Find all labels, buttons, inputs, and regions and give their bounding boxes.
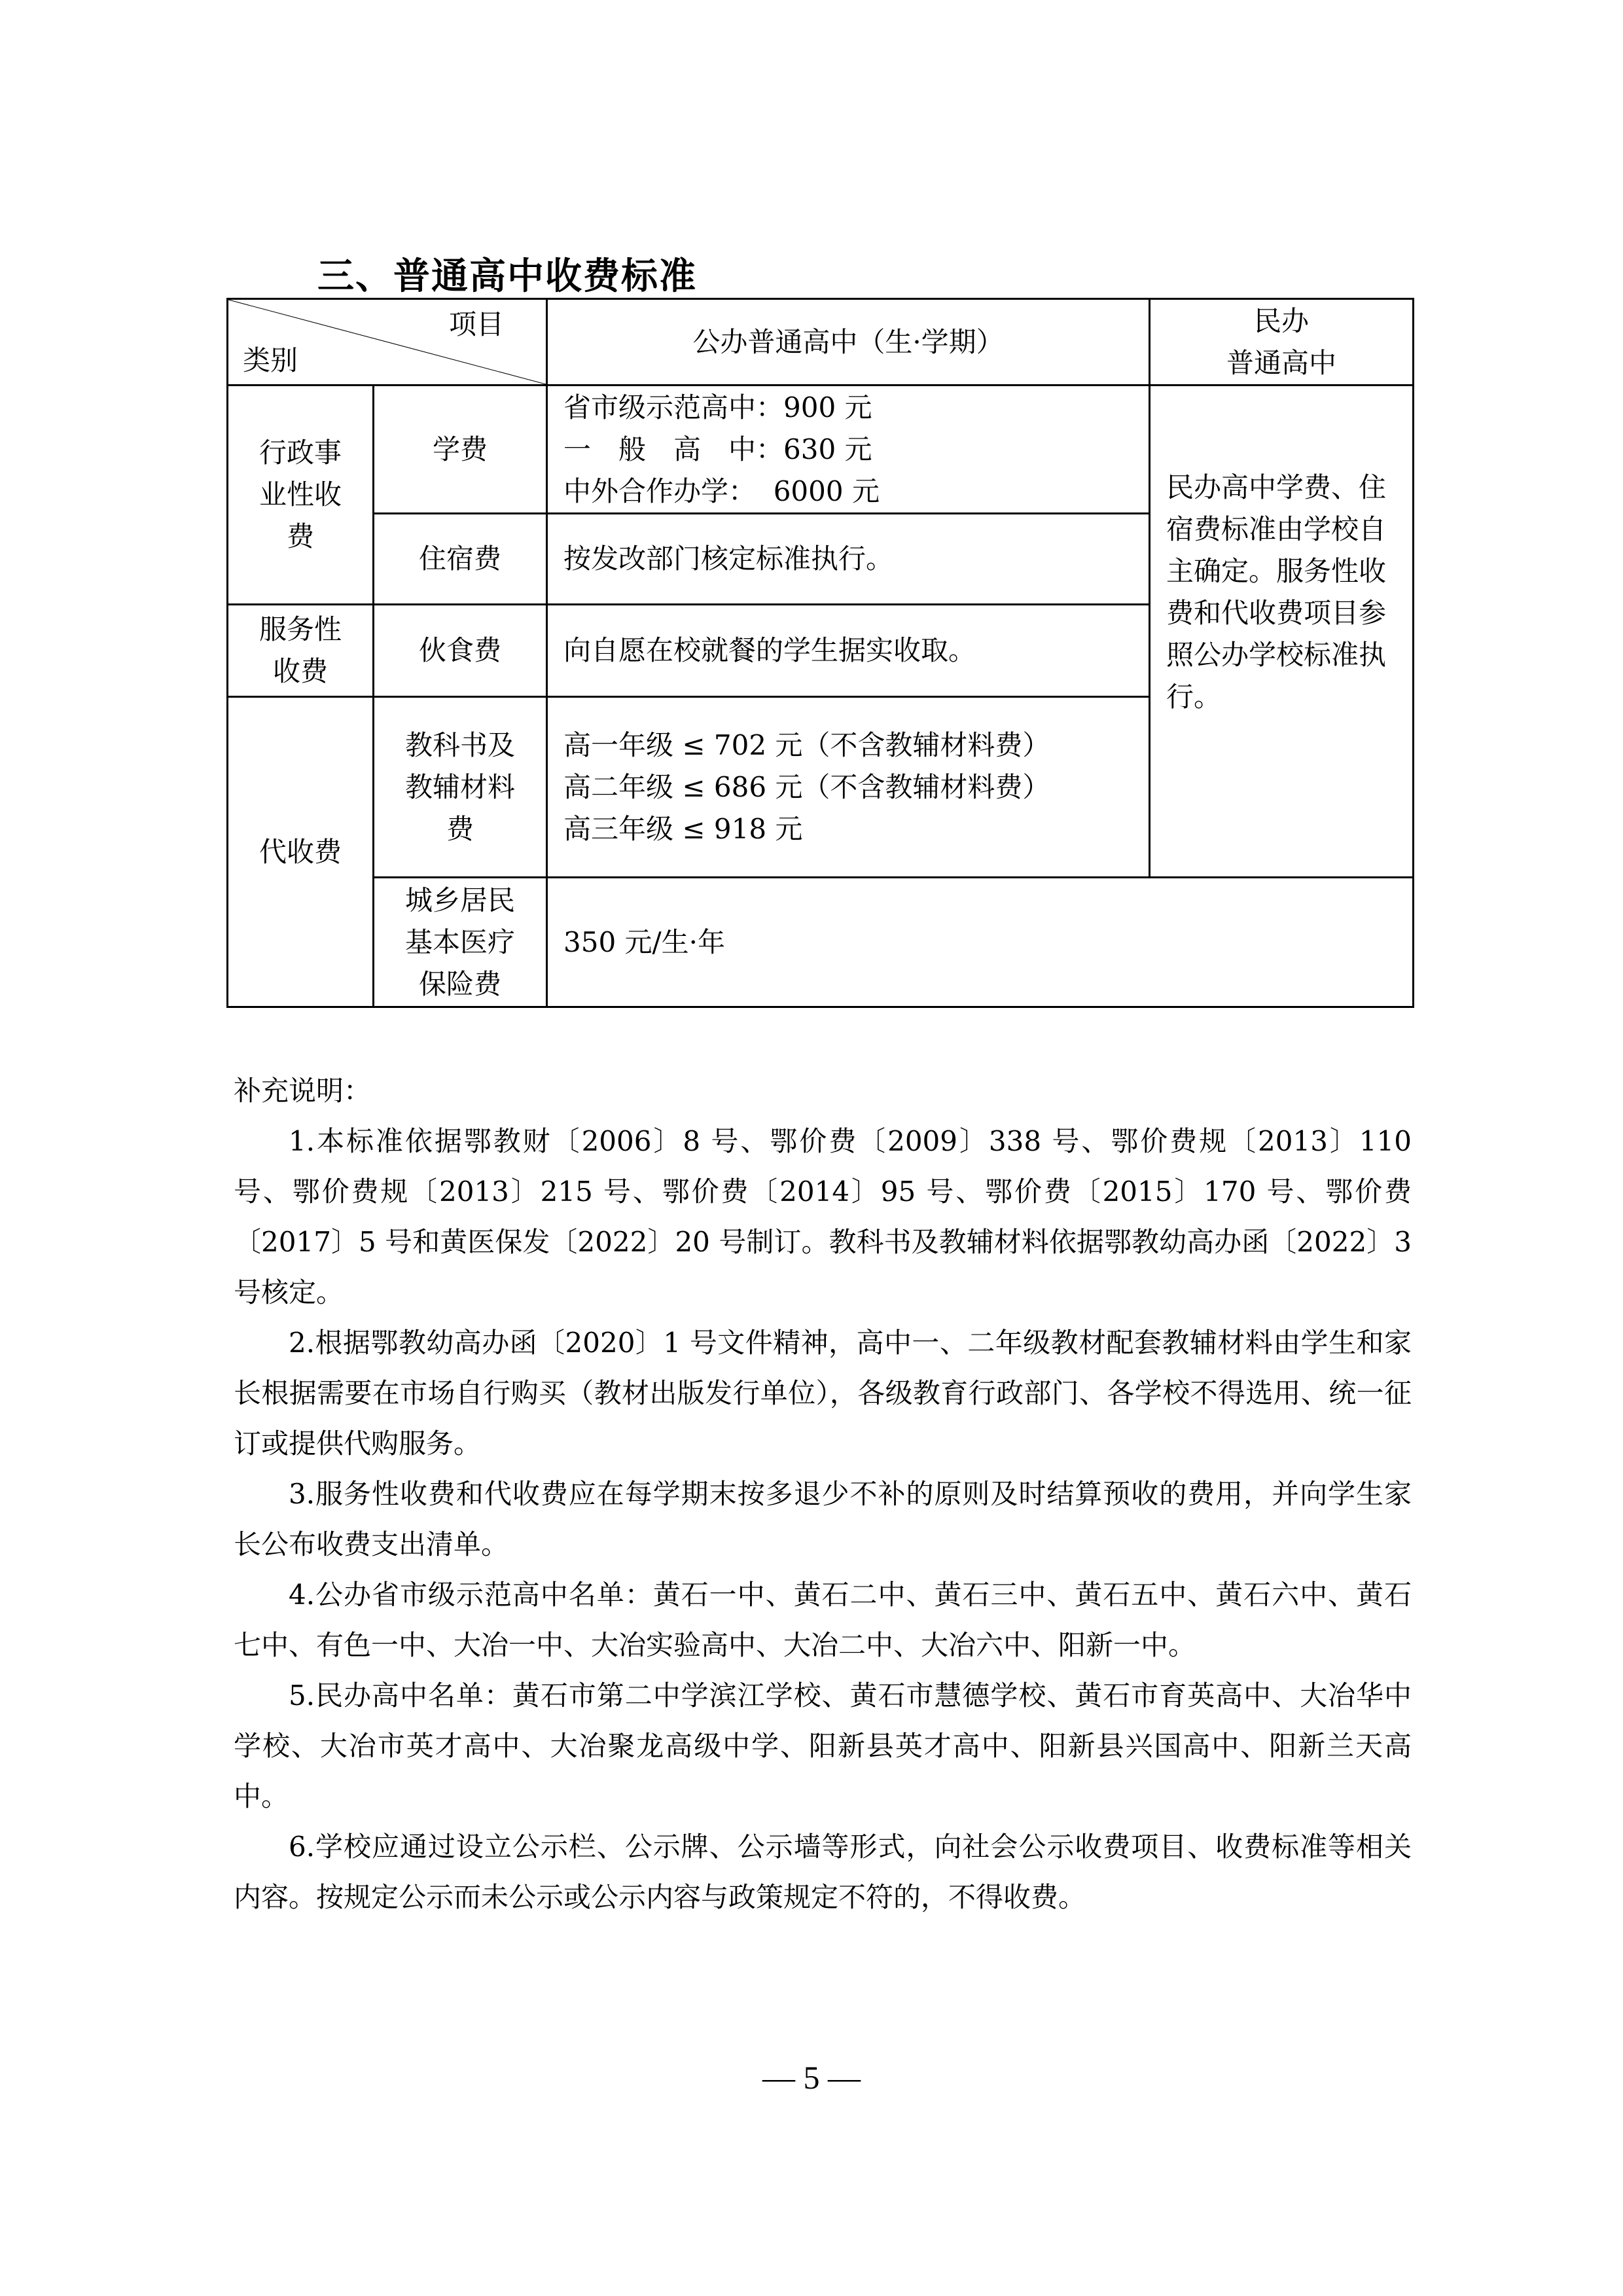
textbook-line: 高一年级 ≤ 702 元（不含教辅材料费）: [563, 725, 1149, 766]
tuition-values: 省市级示范高中：900 元 一 般 高 中：630 元 中外合作办学： 6000…: [547, 386, 1150, 514]
note-item: 5.民办高中名单：黄石市第二中学滨江学校、黄石市慧德学校、黄石市育英高中、大冶华…: [234, 1670, 1412, 1821]
insurance-value: 350 元/生·年: [547, 878, 1414, 1007]
tuition-line: 一 般 高 中：630 元: [563, 429, 1149, 471]
tuition-line: 省市级示范高中：900 元: [563, 387, 1149, 429]
note-item: 4.公办省市级示范高中名单：黄石一中、黄石二中、黄石三中、黄石五中、黄石六中、黄…: [234, 1570, 1412, 1670]
note-item: 2.根据鄂教幼高办函〔2020〕1 号文件精神，高中一、二年级教材配套教辅材料由…: [234, 1318, 1412, 1469]
table-row: 城乡居民基本医疗保险费 350 元/生·年: [228, 878, 1414, 1007]
textbook-line: 高三年级 ≤ 918 元: [563, 808, 1149, 850]
header-public-school: 公办普通高中（生·学期）: [547, 299, 1150, 386]
item-textbook: 教科书及教辅材料费: [374, 697, 547, 878]
page-number: — 5 —: [0, 2058, 1623, 2096]
header-private-school: 民办 普通高中: [1150, 299, 1414, 386]
section-title: 三、普通高中收费标准: [317, 247, 697, 300]
header-private-line1: 民办: [1150, 300, 1412, 342]
textbook-line: 高二年级 ≤ 686 元（不含教辅材料费）: [563, 766, 1149, 808]
group-service-fees: 服务性收费: [228, 605, 374, 697]
notes-heading: 补充说明：: [234, 1066, 1412, 1116]
private-note-text: 民办高中学费、住宿费标准由学校自主确定。服务性收费和代收费项目参照公办学校标准执…: [1166, 467, 1403, 797]
fee-standard-table: 项目 类别 公办普通高中（生·学期） 民办 普通高中 行政事业性收费 学费 省市…: [226, 298, 1414, 1008]
item-dorm: 住宿费: [374, 514, 547, 605]
item-insurance: 城乡居民基本医疗保险费: [374, 878, 547, 1007]
meal-value: 向自愿在校就餐的学生据实收取。: [547, 605, 1150, 697]
header-private-line2: 普通高中: [1150, 342, 1412, 384]
tuition-line: 中外合作办学： 6000 元: [563, 471, 1149, 512]
header-item-label: 项目: [449, 304, 504, 346]
supplementary-notes: 补充说明： 1.本标准依据鄂教财〔2006〕8 号、鄂价费〔2009〕338 号…: [234, 1066, 1412, 1922]
item-tuition: 学费: [374, 386, 547, 514]
header-category-label: 类别: [243, 340, 298, 382]
private-school-note: 民办高中学费、住宿费标准由学校自主确定。服务性收费和代收费项目参照公办学校标准执…: [1150, 386, 1414, 878]
diagonal-header-cell: 项目 类别: [228, 299, 547, 386]
table-row: 行政事业性收费 学费 省市级示范高中：900 元 一 般 高 中：630 元 中…: [228, 386, 1414, 514]
item-meal: 伙食费: [374, 605, 547, 697]
dorm-value: 按发改部门核定标准执行。: [547, 514, 1150, 605]
note-item: 1.本标准依据鄂教财〔2006〕8 号、鄂价费〔2009〕338 号、鄂价费规〔…: [234, 1116, 1412, 1318]
table-header-row: 项目 类别 公办普通高中（生·学期） 民办 普通高中: [228, 299, 1414, 386]
note-item: 6.学校应通过设立公示栏、公示牌、公示墙等形式，向社会公示收费项目、收费标准等相…: [234, 1821, 1412, 1922]
group-agency-fees: 代收费: [228, 697, 374, 1007]
group-admin-fees: 行政事业性收费: [228, 386, 374, 605]
textbook-values: 高一年级 ≤ 702 元（不含教辅材料费） 高二年级 ≤ 686 元（不含教辅材…: [547, 697, 1150, 878]
note-item: 3.服务性收费和代收费应在每学期末按多退少不补的原则及时结算预收的费用，并向学生…: [234, 1469, 1412, 1570]
